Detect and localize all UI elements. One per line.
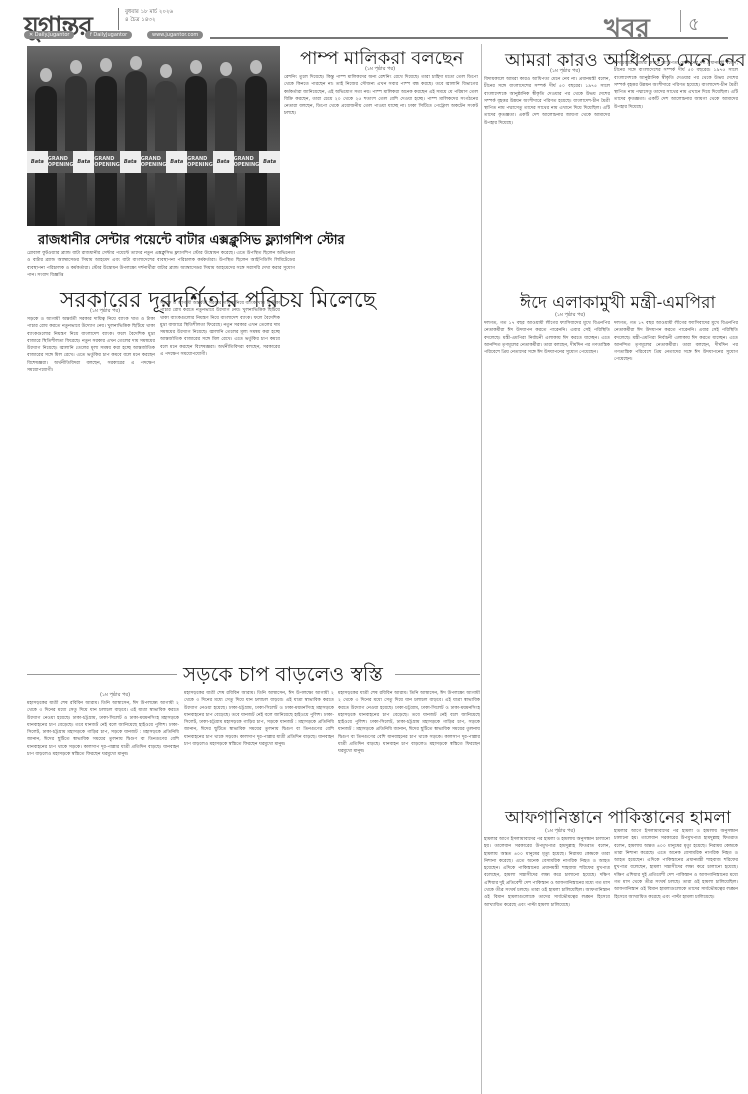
article-body: দলগত, গত ১৭ বছর আওয়ামী লীগের ফ্যাসিবাদে… xyxy=(484,320,610,790)
photo-caption-text: গ্লোবাল ফুটওয়্যার ব্র্যান্ড বাটা রাজধান… xyxy=(27,250,295,280)
continued-label: (১ম পৃষ্ঠার পর) xyxy=(520,828,600,836)
article-body: দলগত, গত ১৭ বছর আওয়ামী লীগের ফ্যাসিবাদে… xyxy=(614,320,738,790)
continued-label: (১ম পৃষ্ঠার পর) xyxy=(75,692,155,700)
continued-label: (১ম পৃষ্ঠার পর) xyxy=(340,66,420,74)
grand-opening-ribbon: Bata GRAND OPENING Bata GRAND OPENING Ba… xyxy=(27,151,280,173)
masthead-date: বুধবার ১৮ মার্চ ২০২৬ ৪ চৈত্র ১৪৩২ xyxy=(125,8,173,24)
article-body: হামলার আগে ইসলামাবাদের পর হামলা ও হামলায… xyxy=(484,836,610,1094)
article-body: মহাসড়কের যাত্রী শেষ রবিবিন আরাম। তিনি আ… xyxy=(27,700,179,1094)
article-body: সড়কে ও আগামী অন্তর্বর্তী সরকার দায়িত্ব… xyxy=(160,300,280,645)
headline-rule-left xyxy=(27,674,177,675)
date-bengali: ৪ চৈত্র ১৪৩২ xyxy=(125,16,173,24)
article-body: মহাসড়কের যাত্রী শেষ রবিবিন আরাম। তিনি আ… xyxy=(184,690,334,1094)
headline-rule-right xyxy=(395,674,480,675)
header-rule xyxy=(210,37,728,39)
headline-road-pressure: সড়কে চাপ বাড়লেও স্বস্তি xyxy=(183,660,383,693)
continued-label: (১ম পৃষ্ঠার পর) xyxy=(60,308,150,316)
date-gregorian: বুধবার ১৮ মার্চ ২০২৬ xyxy=(125,8,173,16)
section-divider xyxy=(680,10,681,32)
social-facebook-handle[interactable]: f DailyJugantor xyxy=(85,31,132,39)
social-x-handle[interactable]: ✕ Daily.Jugantor xyxy=(24,31,74,39)
article-body: মহাসড়কের যাত্রী শেষ রবিবিন আরাম। তিনি আ… xyxy=(338,690,480,1094)
masthead-divider xyxy=(118,8,119,30)
article-body: সড়কে ও আগামী অন্তর্বর্তী সরকার দায়িত্ব… xyxy=(27,316,155,644)
article-body: বিদায়কালে আমরা কারও আধিপত্য মেনে নেব না… xyxy=(484,76,610,274)
article-body: হামলার আগে ইসলামাবাদের পর হামলা ও হামলায… xyxy=(614,828,738,1094)
page-number: ৫ xyxy=(688,10,700,41)
continued-label: (১ম পৃষ্ঠার পর) xyxy=(530,312,610,320)
website-link[interactable]: www.jugantor.com xyxy=(147,31,203,39)
article-body: বিদায়কালে আমরা কারও আধিপত্য মেনে নেব না… xyxy=(614,60,738,274)
article-body: রেশনিং তুলে দিয়েছে। কিন্তু পাম্প মালিকদ… xyxy=(284,74,478,644)
newspaper-logo: যুগান্তর xyxy=(24,6,92,50)
continued-label: (১ম পৃষ্ঠার পর) xyxy=(525,68,605,76)
column-divider xyxy=(481,44,482,1094)
bata-store-opening-photo: Bata GRAND OPENING Bata GRAND OPENING Ba… xyxy=(27,46,280,226)
